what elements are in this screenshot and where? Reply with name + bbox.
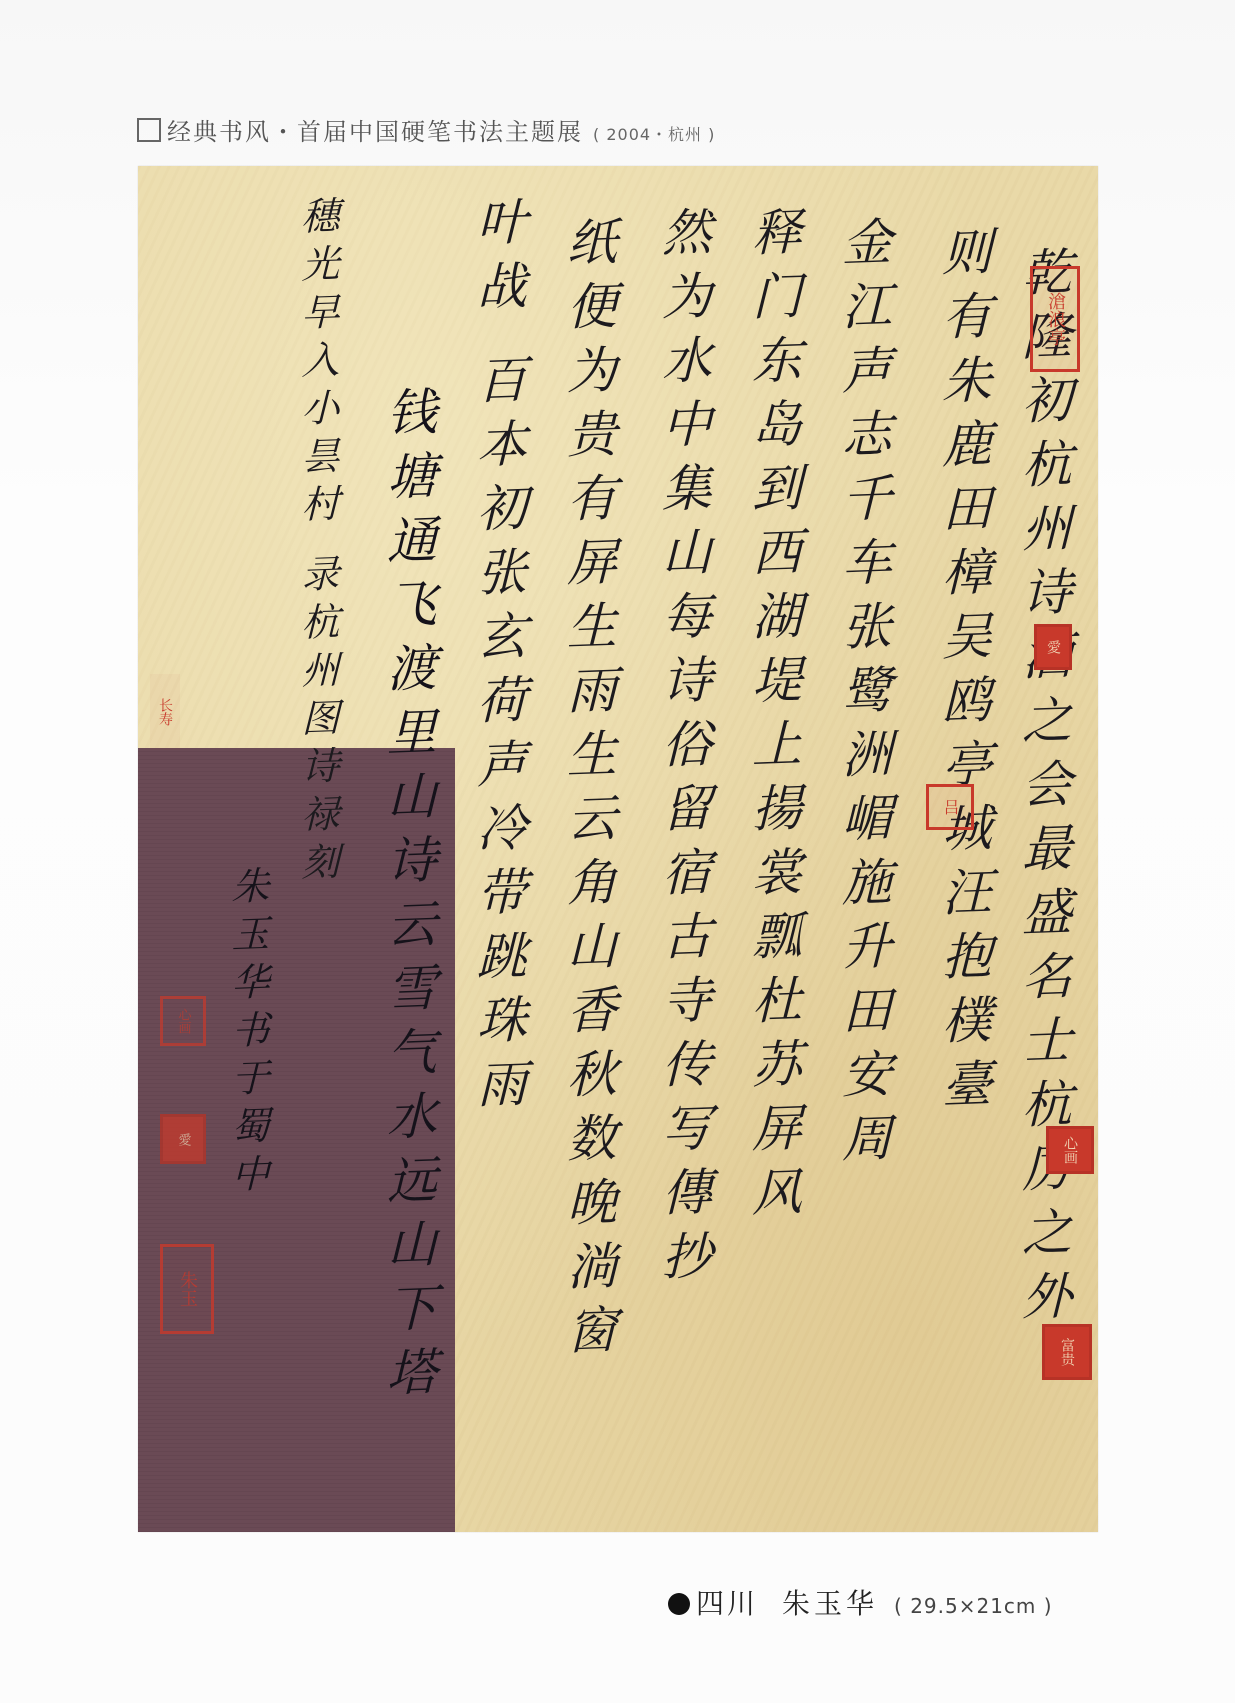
seal-left-margin: 长寿 [150,674,180,750]
calligraphy-column-6: 纸便为贵有屏生雨生云角山香秋数晚淌窗 [563,215,613,1369]
artwork-dimensions: ( 29.5×21cm ) [894,1594,1053,1618]
seal-top-right: 滄浪亭 [1030,266,1080,372]
seal-mid-right: 愛 [1034,624,1072,670]
artist-region: 四川 [696,1582,758,1622]
calligraphy-column-4: 释门东岛到西湖堤上揚裳瓢杜苏屏风 [748,205,798,1231]
artist-name: 朱玉华 [782,1582,878,1622]
exhibition-header: 经典书风・首届中国硬笔书法主题展 ( 2004・杭州 ) [137,112,715,147]
calligraphy-column-9: 穗光早入小昙村 录杭州图诗禄刻 [298,195,336,890]
catalog-page: 经典书风・首届中国硬笔书法主题展 ( 2004・杭州 ) 乾隆初杭州诗酒之会最盛… [0,0,1235,1703]
calligraphy-column-8: 钱塘通飞渡里山诗云雪气水远山下塔 [383,385,433,1411]
square-bullet-icon [137,118,161,142]
exhibition-title: 经典书风・首届中国硬笔书法主题展 [167,112,583,147]
seal-artist-name: 朱玉 [160,1244,214,1334]
seal-panel-1: 心画 [160,996,206,1046]
seal-inline: 吕 [926,784,974,830]
seal-lower-right: 心画 [1046,1126,1094,1174]
calligraphy-artwork: 乾隆初杭州诗酒之会最盛名士杭厉之外 则有朱鹿田樟吴鸥亭城汪抱樸臺 金江声志千车张… [138,166,1098,1532]
seal-panel-2: 愛 [160,1114,206,1164]
exhibition-subtitle: ( 2004・杭州 ) [593,122,715,145]
calligraphy-column-7: 叶战 百本初张玄荷声冷带跳珠雨 [473,195,523,1123]
calligraphy-column-3: 金江声志千车张鹭洲嵋施升田安周 [838,215,888,1177]
bullet-dot-icon [668,1593,690,1615]
artwork-caption: 四川 朱玉华 ( 29.5×21cm ) [668,1582,1053,1622]
seal-bottom-right: 富贵 [1042,1324,1092,1380]
signature-column: 朱玉华书于蜀中 [228,865,266,1202]
calligraphy-column-5: 然为水中集山每诗俗留宿古寺传写傳抄 [658,205,708,1295]
calligraphy-column-2: 则有朱鹿田樟吴鸥亭城汪抱樸臺 [938,225,988,1123]
